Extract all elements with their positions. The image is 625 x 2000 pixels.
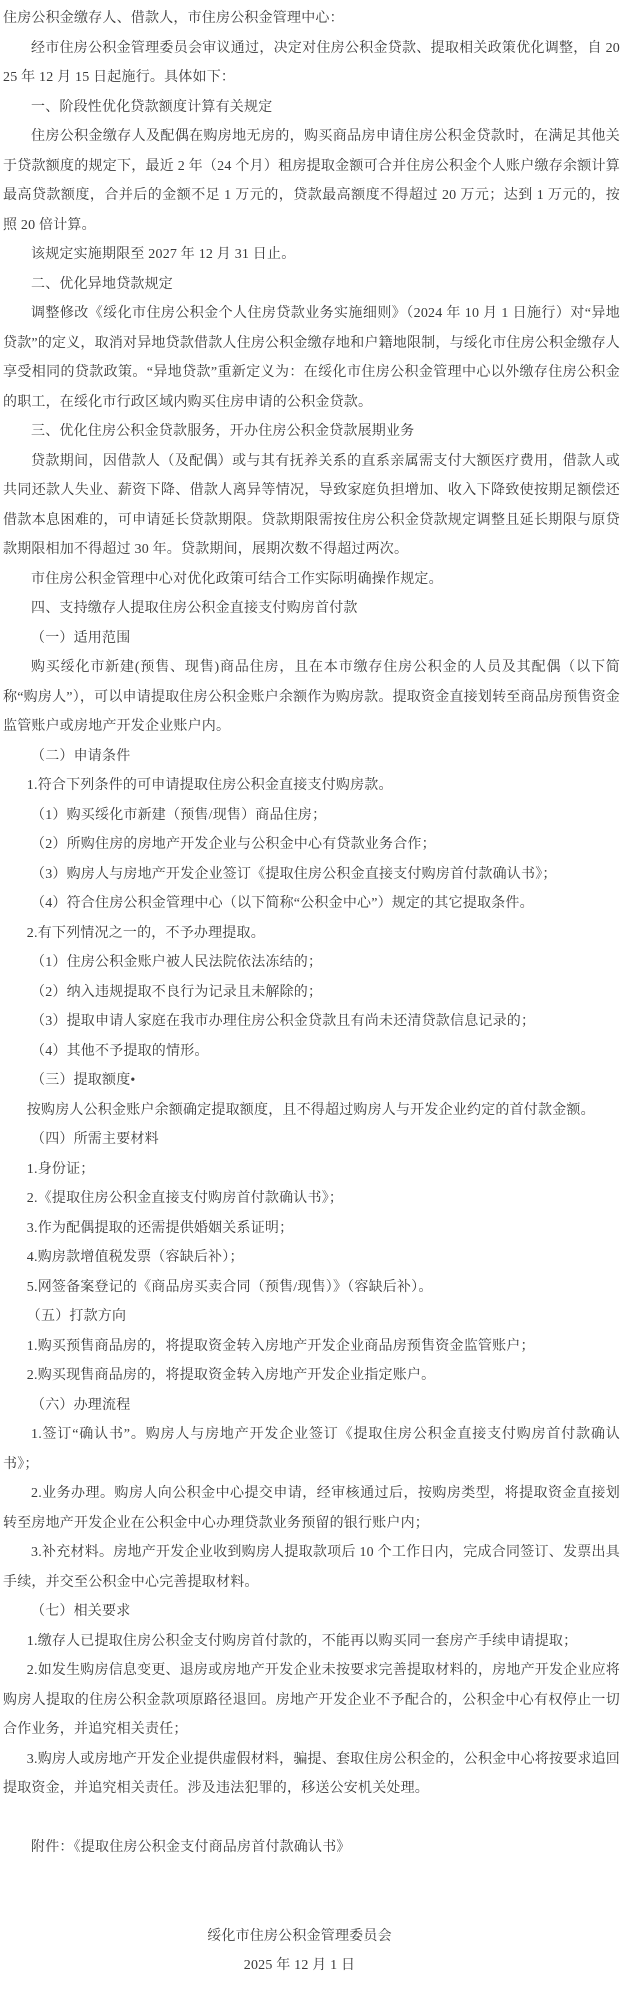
paragraph: （二）申请条件 [3, 742, 620, 772]
paragraph: 1.身份证； [3, 1155, 620, 1185]
salutation-line: 住房公积金缴存人、借款人，市住房公积金管理中心： [3, 4, 620, 34]
paragraph: 1.符合下列条件的可申请提取住房公积金直接支付购房款。 [3, 771, 620, 801]
paragraph: 1.签订“确认书”。购房人与房地产开发企业签订《提取住房公积金直接支付购房首付款… [3, 1420, 620, 1479]
paragraph: 三、优化住房公积金贷款服务，开办住房公积金贷款展期业务 [3, 417, 620, 447]
paragraph: 2.如发生购房信息变更、退房或房地产开发企业未按要求完善提取材料的，房地产开发企… [3, 1656, 620, 1745]
paragraph: 市住房公积金管理中心对优化政策可结合工作实际明确操作规定。 [3, 565, 620, 595]
attachment-line: 附件：《提取住房公积金支付商品房首付款确认书》 [3, 1833, 620, 1863]
paragraph: （1）住房公积金账户被人民法院依法冻结的； [3, 948, 620, 978]
paragraph: （2）纳入违规提取不良行为记录且未解除的； [3, 978, 620, 1008]
paragraph: （2）所购住房的房地产开发企业与公积金中心有贷款业务合作； [3, 830, 620, 860]
paragraph: 住房公积金缴存人及配偶在购房地无房的，购买商品房申请住房公积金贷款时，在满足其他… [3, 122, 620, 240]
paragraph: 3.作为配偶提取的还需提供婚姻关系证明； [3, 1214, 620, 1244]
paragraph: 1.缴存人已提取住房公积金支付购房首付款的，不能再以购买同一套房产手续申请提取； [3, 1627, 620, 1657]
paragraph: （3）购房人与房地产开发企业签订《提取住房公积金直接支付购房首付款确认书》； [3, 860, 620, 890]
paragraph: （1）购买绥化市新建（预售/现售）商品住房； [3, 801, 620, 831]
signature-block: 绥化市住房公积金管理委员会 2025 年 12 月 1 日 [3, 1922, 620, 1981]
paragraph: （一）适用范围 [3, 624, 620, 654]
paragraph: 2.有下列情况之一的，不予办理提取。 [3, 919, 620, 949]
paragraph: 5.网签备案登记的《商品房买卖合同（预售/现售）》（容缺后补）。 [3, 1273, 620, 1303]
paragraph: 4.购房款增值税发票（容缺后补）； [3, 1243, 620, 1273]
document-page: 住房公积金缴存人、借款人，市住房公积金管理中心： 经市住房公积金管理委员会审议通… [0, 0, 625, 2000]
paragraph: 该规定实施期限至 2027 年 12 月 31 日止。 [3, 240, 620, 270]
paragraph: （3）提取申请人家庭在我市办理住房公积金贷款且有尚未还清贷款信息记录的； [3, 1007, 620, 1037]
paragraph: （4）符合住房公积金管理中心（以下简称“公积金中心”）规定的其它提取条件。 [3, 889, 620, 919]
paragraph: 2.购买现售商品房的，将提取资金转入房地产开发企业指定账户。 [3, 1361, 620, 1391]
paragraph: （五）打款方向 [3, 1302, 620, 1332]
paragraph: 按购房人公积金账户余额确定提取额度，且不得超过购房人与开发企业约定的首付款金额。 [3, 1096, 620, 1126]
paragraph: 1.购买预售商品房的，将提取资金转入房地产开发企业商品房预售资金监管账户； [3, 1332, 620, 1362]
paragraph: 四、支持缴存人提取住房公积金直接支付购房首付款 [3, 594, 620, 624]
paragraph: （七）相关要求 [3, 1597, 620, 1627]
paragraph: 经市住房公积金管理委员会审议通过，决定对住房公积金贷款、提取相关政策优化调整，自… [3, 34, 620, 93]
paragraph: 调整修改《绥化市住房公积金个人住房贷款业务实施细则》（2024 年 10 月 1… [3, 299, 620, 417]
paragraph: 3.补充材料。房地产开发企业收到购房人提取款项后 10 个工作日内，完成合同签订… [3, 1538, 620, 1597]
signature-date: 2025 年 12 月 1 日 [3, 1951, 596, 1981]
paragraph: （三）提取额度• [3, 1066, 620, 1096]
paragraph: （4）其他不予提取的情形。 [3, 1037, 620, 1067]
paragraph: （六）办理流程 [3, 1391, 620, 1421]
signature-issuer: 绥化市住房公积金管理委员会 [3, 1922, 596, 1952]
paragraph: （四）所需主要材料 [3, 1125, 620, 1155]
paragraph: 二、优化异地贷款规定 [3, 270, 620, 300]
paragraph: 一、阶段性优化贷款额度计算有关规定 [3, 93, 620, 123]
paragraph: 3.购房人或房地产开发企业提供虚假材料，骗提、套取住房公积金的，公积金中心将按要… [3, 1745, 620, 1804]
paragraph: 2.《提取住房公积金直接支付购房首付款确认书》； [3, 1184, 620, 1214]
paragraph: 贷款期间，因借款人（及配偶）或与其有抚养关系的直系亲属需支付大额医疗费用，借款人… [3, 447, 620, 565]
document-body: 经市住房公积金管理委员会审议通过，决定对住房公积金贷款、提取相关政策优化调整，自… [3, 34, 620, 1804]
paragraph: 购买绥化市新建(预售、现售)商品住房，且在本市缴存住房公积金的人员及其配偶（以下… [3, 653, 620, 742]
paragraph: 2.业务办理。购房人向公积金中心提交申请，经审核通过后，按购房类型，将提取资金直… [3, 1479, 620, 1538]
